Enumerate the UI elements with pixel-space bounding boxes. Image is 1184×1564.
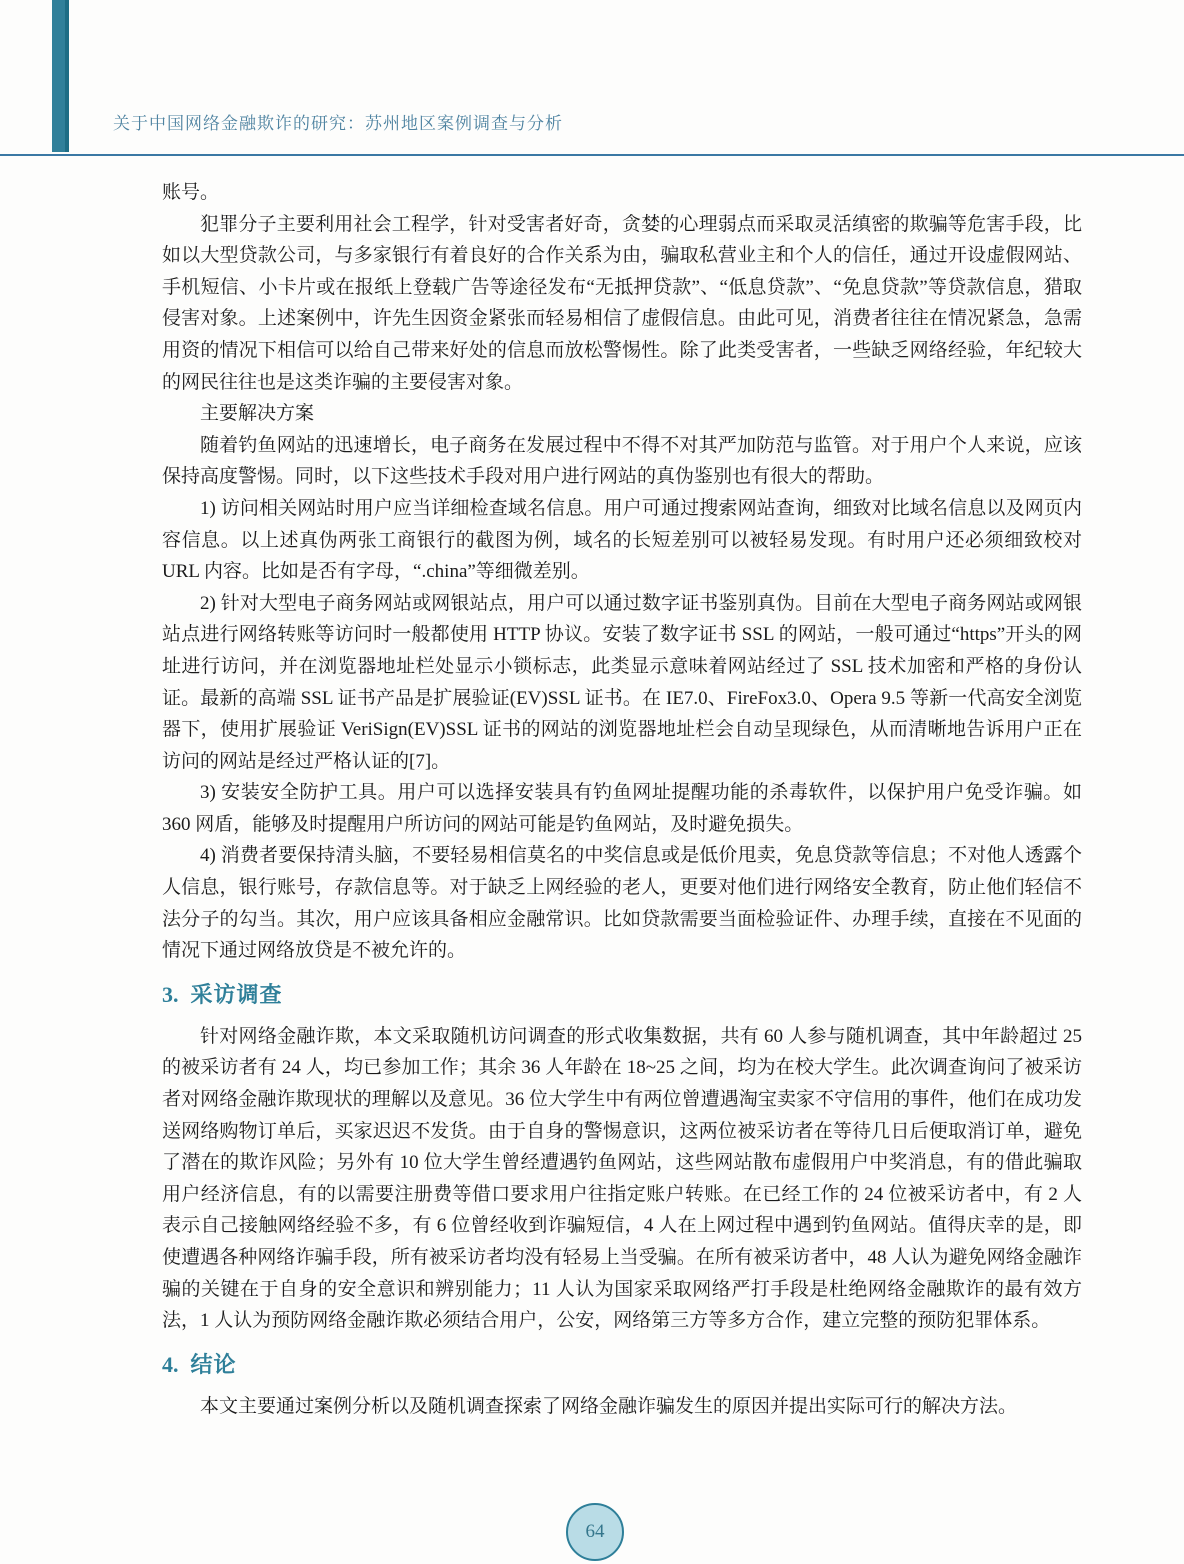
body-paragraph: 账号。: [162, 177, 1082, 209]
body-paragraph: 主要解决方案: [162, 398, 1082, 430]
section-number: 4.: [162, 1352, 179, 1377]
running-head-title: 关于中国网络金融欺诈的研究：苏州地区案例调查与分析: [113, 112, 563, 136]
section-heading: 4.结论: [162, 1350, 1082, 1380]
body-paragraph: 1) 访问相关网站时用户应当详细检查域名信息。用户可通过搜索网站查询，细致对比域…: [162, 493, 1082, 588]
body-paragraph: 3) 安装安全防护工具。用户可以选择安装具有钓鱼网址提醒功能的杀毒软件，以保护用…: [162, 777, 1082, 840]
section-title: 结论: [191, 1352, 237, 1377]
document-body: 账号。犯罪分子主要利用社会工程学，针对受害者好奇，贪婪的心理弱点而采取灵活缜密的…: [162, 177, 1082, 1422]
page-number-badge: 64: [566, 1503, 624, 1561]
section-number: 3.: [162, 982, 179, 1007]
body-paragraph: 本文主要通过案例分析以及随机调查探索了网络金融诈骗发生的原因并提出实际可行的解决…: [162, 1391, 1082, 1423]
body-paragraph: 2) 针对大型电子商务网站或网银站点，用户可以通过数字证书鉴别真伪。目前在大型电…: [162, 588, 1082, 778]
section-title: 采访调查: [191, 982, 283, 1007]
section-heading: 3.采访调查: [162, 980, 1082, 1010]
body-paragraph: 4) 消费者要保持清头脑，不要轻易相信莫名的中奖信息或是低价甩卖，免息贷款等信息…: [162, 840, 1082, 966]
body-paragraph: 犯罪分子主要利用社会工程学，针对受害者好奇，贪婪的心理弱点而采取灵活缜密的欺骗等…: [162, 209, 1082, 399]
body-paragraph: 针对网络金融诈欺，本文采取随机访问调查的形式收集数据，共有 60 人参与随机调查…: [162, 1021, 1082, 1337]
left-accent-bar: [52, 0, 69, 152]
body-paragraph: 随着钓鱼网站的迅速增长，电子商务在发展过程中不得不对其严加防范与监管。对于用户个…: [162, 430, 1082, 493]
header-divider-line: [0, 154, 1184, 156]
page-number: 64: [586, 1521, 605, 1543]
